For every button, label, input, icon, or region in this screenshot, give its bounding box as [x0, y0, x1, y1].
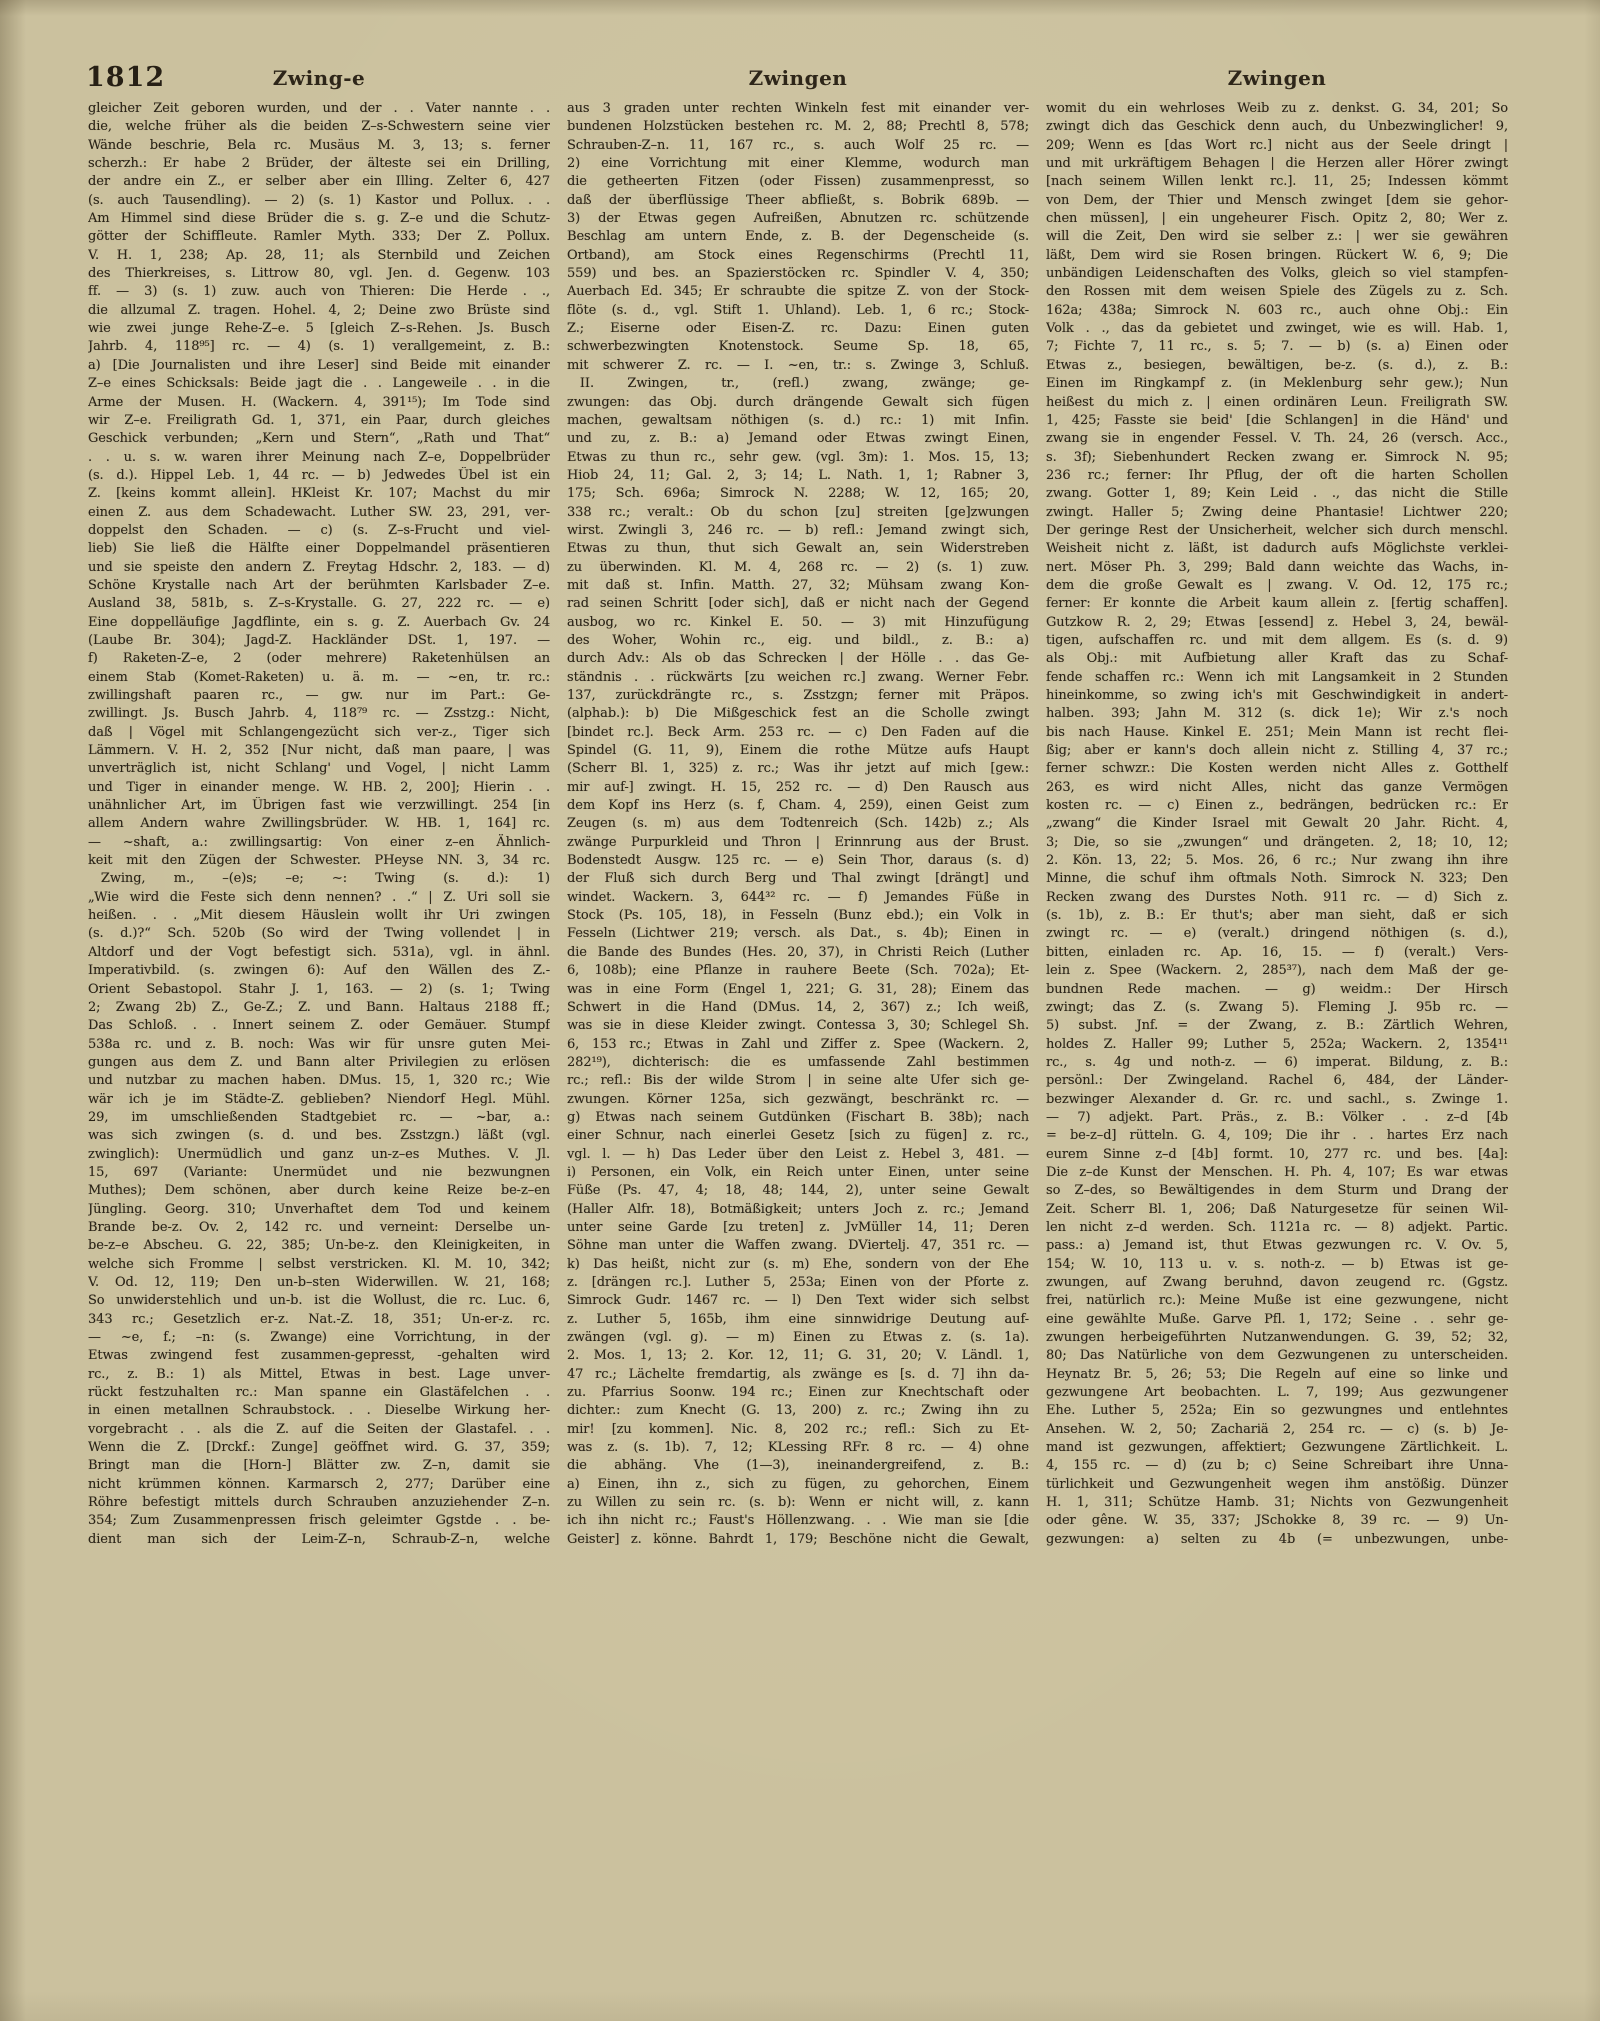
text-line: einer Schnur, nach einerlei Gesetz [sich…	[567, 1127, 1029, 1145]
text-line: a) Einen, ihn z., sich zu fügen, zu geho…	[567, 1476, 1029, 1494]
text-line: Ehe. Luther 5, 252a; Ein so gezwungnes u…	[1046, 1402, 1508, 1420]
text-line: nicht krümmen können. Karmarsch 2, 277; …	[88, 1476, 550, 1494]
text-line: windet. Wackern. 3, 644³² rc. — f) Jeman…	[567, 889, 1029, 907]
text-line: = be-z–d] rütteln. G. 4, 109; Die ihr . …	[1046, 1127, 1508, 1145]
text-line: 162a; 438a; Simrock N. 603 rc., auch ohn…	[1046, 302, 1508, 320]
text-line: der Fluß sich durch Berg und Thal zwingt…	[567, 870, 1029, 888]
text-line: daß | Vögel mit Schlangengezücht sich ve…	[88, 724, 550, 742]
text-line: der andre ein Z., er selber aber ein Ill…	[88, 173, 550, 191]
text-line: Z–e eines Schicksals: Beide jagt die . .…	[88, 375, 550, 393]
text-line: Eine doppelläufige Jagdflinte, ein s. g.…	[88, 614, 550, 632]
text-line: 2. Kön. 13, 22; 5. Mos. 26, 6 rc.; Nur z…	[1046, 852, 1508, 870]
text-line: Lämmern. V. H. 2, 352 [Nur nicht, daß ma…	[88, 742, 550, 760]
text-line: Zeugen (s. m) aus dem Todtenreich (Sch. …	[567, 815, 1029, 833]
text-line: [nach seinem Willen lenkt rc.]. 11, 25; …	[1046, 173, 1508, 191]
text-line: Auerbach Ed. 345; Er schraubte die spitz…	[567, 283, 1029, 301]
text-line: 4, 155 rc. — d) (zu b; c) Seine Schreiba…	[1046, 1457, 1508, 1475]
text-line: wär ich je im Städte-Z. geblieben? Niend…	[88, 1091, 550, 1109]
text-line: 538a rc. und z. B. noch: Was wir für uns…	[88, 1036, 550, 1054]
text-line: 2. Mos. 1, 13; 2. Kor. 12, 11; G. 31, 20…	[567, 1347, 1029, 1365]
text-line: allem Andern wahre Zwillingsbrüder. W. H…	[88, 815, 550, 833]
text-line: (s. d.)?“ Sch. 520b (So wird der Twing v…	[88, 925, 550, 943]
text-line: 209; Wenn es [das Wort rc.] nicht aus de…	[1046, 137, 1508, 155]
text-line: zwang. Gotter 1, 89; Kein Leid . ., das …	[1046, 485, 1508, 503]
text-line: Weisheit nicht z. läßt, ist dadurch aufs…	[1046, 540, 1508, 558]
text-line: Geschick verbunden; „Kern und Stern“, „R…	[88, 430, 550, 448]
text-line: in einen metallnen Schraubstock. . . Die…	[88, 1402, 550, 1420]
text-line: doppelst den Schaden. — c) (s. Z–s-Fruch…	[88, 522, 550, 540]
text-line: 80; Das Natürliche von dem Gezwungenen z…	[1046, 1347, 1508, 1365]
text-line: Spindel (G. 11, 9), Einem die rothe Mütz…	[567, 742, 1029, 760]
dictionary-page-scan: 1812 Zwing-e Zwingen Zwingen gleicher Ze…	[0, 0, 1600, 2021]
text-line: Röhre befestigt mittels durch Schrauben …	[88, 1494, 550, 1512]
text-line: welche sich Fromme | selbst verstricken.…	[88, 1256, 550, 1274]
text-line: Die z–de Kunst der Menschen. H. Ph. 4, 1…	[1046, 1164, 1508, 1182]
text-line: Etwas zwingend fest zusammen-gepresst, -…	[88, 1347, 550, 1365]
text-line: gungen aus dem Z. und Bann alter Privile…	[88, 1054, 550, 1072]
text-line: und mit urkräftigem Behagen | die Herzen…	[1046, 155, 1508, 173]
text-line: wirst. Zwingli 3, 246 rc. — b) refl.: Je…	[567, 522, 1029, 540]
text-line: flöte (s. d., vgl. Stift 1. Uhland). Leb…	[567, 302, 1029, 320]
text-line: Schöne Krystalle nach Art der berühmten …	[88, 577, 550, 595]
running-head-column-3: Zwingen	[1046, 66, 1508, 90]
text-line: von Dem, der Thier und Mensch zwinget [d…	[1046, 192, 1508, 210]
text-line: kosten rc. — c) Einen z., bedrängen, bed…	[1046, 797, 1508, 815]
text-line: bis nach Hause. Kinkel E. 251; Mein Mann…	[1046, 724, 1508, 742]
text-line: heißest du mich z. | einen ordinären Leu…	[1046, 394, 1508, 412]
text-line: Z. [keins kommt allein]. HKleist Kr. 107…	[88, 485, 550, 503]
text-line: eine gewählte Muße. Garve Pfl. 1, 172; S…	[1046, 1311, 1508, 1329]
text-line: götter der Schiffleute. Ramler Myth. 333…	[88, 228, 550, 246]
text-line: einem Stab (Komet-Raketen) u. ä. m. — ~e…	[88, 669, 550, 687]
text-line: hineinkomme, so zwing ich's mit Geschwin…	[1046, 687, 1508, 705]
text-line: aus 3 graden unter rechten Winkeln fest …	[567, 100, 1029, 118]
text-line: Volk . ., das da gebietet und zwinget, w…	[1046, 320, 1508, 338]
text-line: des Woher, Wohin rc., eig. und bildl., z…	[567, 632, 1029, 650]
text-line: zu Willen zu sein rc. (s. b): Wenn er ni…	[567, 1494, 1029, 1512]
text-line: 6, 153 rc.; Etwas in Zahl und Ziffer z. …	[567, 1036, 1029, 1054]
text-line: 29, im umschließenden Stadtgebiet rc. — …	[88, 1109, 550, 1127]
text-line: Zeit. Scherr Bl. 1, 206; Daß Naturgesetz…	[1046, 1201, 1508, 1219]
text-line: 282¹⁹), dichterisch: die es umfassende Z…	[567, 1054, 1029, 1072]
text-line: 236 rc.; ferner: Ihr Pflug, der oft die …	[1046, 467, 1508, 485]
text-line: Söhne man unter die Waffen zwang. DViert…	[567, 1237, 1029, 1255]
text-line: (s. auch Tausendling). — 2) (s. 1) Kasto…	[88, 192, 550, 210]
text-line: bezwinger Alexander d. Gr. rc. und sachl…	[1046, 1091, 1508, 1109]
text-line: tigen, aufschaffen rc. und mit dem allge…	[1046, 632, 1508, 650]
text-line: keit mit den Zügen der Schwester. PHeyse…	[88, 852, 550, 870]
text-line: mit schwerer Z. rc. — I. ~en, tr.: s. Zw…	[567, 357, 1029, 375]
text-line: 343 rc.; Gesetzlich er-z. Nat.-Z. 18, 35…	[88, 1311, 550, 1329]
text-line: halben. 393; Jahn M. 312 (s. dick 1e); W…	[1046, 705, 1508, 723]
text-line: z. [drängen rc.]. Luther 5, 253a; Einen …	[567, 1274, 1029, 1292]
text-line: zwänge Purpurkleid und Thron | Erinnrung…	[567, 834, 1029, 852]
text-line: holdes Z. Haller 99; Luther 5, 252a; Wac…	[1046, 1036, 1508, 1054]
text-line: lein z. Spee (Wackern. 2, 285³⁷), nach d…	[1046, 962, 1508, 980]
text-line: Wände beschrie, Bela rc. Musäus M. 3, 13…	[88, 137, 550, 155]
text-line: 15, 697 (Variante: Unermüdet und nie bez…	[88, 1164, 550, 1182]
text-line: vgl. l. — h) Das Leder über den Leist z.…	[567, 1146, 1029, 1164]
text-line: so Z–des, so Bewältigendes in dem Sturm …	[1046, 1182, 1508, 1200]
text-line: 3) der Etwas gegen Aufreißen, Abnutzen r…	[567, 210, 1029, 228]
text-line: schwerbezwingten Knotenstock. Seume Sp. …	[567, 338, 1029, 356]
text-line: zu überwinden. Kl. M. 4, 268 rc. — 2) (s…	[567, 559, 1029, 577]
text-line: zwinglich): Unermüdlich und ganz un-z–es…	[88, 1146, 550, 1164]
text-line: des Thierkreises, s. Littrow 80, vgl. Je…	[88, 265, 550, 283]
text-line: mir auf-] zwingt. H. 15, 252 rc. — d) De…	[567, 779, 1029, 797]
text-line: Etwas zu thun rc., sehr gew. (vgl. 3m): …	[567, 449, 1029, 467]
text-line: eurem Sinne z–d [4b] formt. 10, 277 rc. …	[1046, 1146, 1508, 1164]
text-line: bitten, einladen rc. Ap. 16, 15. — f) (v…	[1046, 944, 1508, 962]
text-line: Arme der Musen. H. (Wackern. 4, 391¹⁵); …	[88, 394, 550, 412]
text-line: unter seine Garde [zu treten] z. JvMülle…	[567, 1219, 1029, 1237]
text-line: H. 1, 311; Schütze Hamb. 31; Nichts von …	[1046, 1494, 1508, 1512]
text-line: unähnlicher Art, im Übrigen fast wie ver…	[88, 797, 550, 815]
text-line: zwingt; das Z. (s. Zwang 5). Fleming J. …	[1046, 999, 1508, 1017]
text-line: zwang sie in engender Fessel. V. Th. 24,…	[1046, 430, 1508, 448]
text-line: dem die große Gewalt es | zwang. V. Od. …	[1046, 577, 1508, 595]
text-line: Etwas z., besiegen, bewältigen, be-z. (s…	[1046, 357, 1508, 375]
text-line: und Tiger in einander menge. W. HB. 2, 2…	[88, 779, 550, 797]
text-line: Das Schloß. . . Innert seinem Z. oder Ge…	[88, 1017, 550, 1035]
text-line: Hiob 24, 11; Gal. 2, 3; 14; L. Nath. 1, …	[567, 467, 1029, 485]
text-line: s. 3f); Siebenhundert Recken zwang er. S…	[1046, 449, 1508, 467]
text-line: Bodenstedt Ausgw. 125 rc. — e) Sein Thor…	[567, 852, 1029, 870]
text-line: Orient Sebastopol. Stahr J. 1, 163. — 2)…	[88, 981, 550, 999]
text-line: 137, zurückdrängte rc., s. Zsstzgn; fern…	[567, 687, 1029, 705]
text-line: Beschlag am untern Ende, z. B. der Degen…	[567, 228, 1029, 246]
text-line: Altdorf und der Vogt befestigt sich. 531…	[88, 944, 550, 962]
text-line: 5) subst. Jnf. = der Zwang, z. B.: Zärtl…	[1046, 1017, 1508, 1035]
text-line: Ansehen. W. 2, 50; Zachariä 2, 254 rc. —…	[1046, 1421, 1508, 1439]
text-column-1: gleicher Zeit geboren wurden, und der . …	[88, 100, 550, 1549]
text-line: und sie speiste den andern Z. Freytag Hd…	[88, 559, 550, 577]
text-line: zwingt. Haller 5; Zwing deine Phantasie!…	[1046, 504, 1508, 522]
text-line: V. H. 1, 238; Ap. 28, 11; als Sternbild …	[88, 247, 550, 265]
text-line: rückt festzuhalten rc.: Man spanne ein G…	[88, 1384, 550, 1402]
text-column-3: womit du ein wehrloses Weib zu z. denkst…	[1046, 100, 1508, 1549]
text-line: Bringt man die [Horn-] Blätter zw. Z–n, …	[88, 1457, 550, 1475]
text-line: len nicht z–d werden. Sch. 1121a rc. — 8…	[1046, 1219, 1508, 1237]
text-line: Einen im Ringkampf z. (in Meklenburg seh…	[1046, 375, 1508, 393]
text-line: f) Raketen-Z–e, 2 (oder mehrere) Raketen…	[88, 650, 550, 668]
text-line: vorgebracht . . als die Z. auf die Seite…	[88, 1421, 550, 1439]
text-line: 2; Zwang 2b) Z., Ge-Z.; Z. und Bann. Hal…	[88, 999, 550, 1017]
text-line: was in eine Form (Engel 1, 221; G. 31, 2…	[567, 981, 1029, 999]
text-line: ßig; aber er kann's doch allein nicht z.…	[1046, 742, 1508, 760]
text-line: Simrock Gudr. 1467 rc. — l) Den Text wid…	[567, 1292, 1029, 1310]
text-line: Stock (Ps. 105, 18), in Fesseln (Bunz eb…	[567, 907, 1029, 925]
running-head-column-1: Zwing-e	[88, 66, 550, 90]
text-line: den Rossen mit dem weisen Spiele des Züg…	[1046, 283, 1508, 301]
text-line: z. Luther 5, 165b, ihm eine sinnwidrige …	[567, 1311, 1029, 1329]
text-line: einen Z. aus dem Schadewacht. Luther SW.…	[88, 504, 550, 522]
text-line: Heynatz Br. 5, 26; 53; Die Regeln auf ei…	[1046, 1366, 1508, 1384]
text-line: — 7) adjekt. Part. Präs., z. B.: Völker …	[1046, 1109, 1508, 1127]
text-line: Geister] z. könne. Bahrdt 1, 179; Beschö…	[567, 1531, 1029, 1549]
text-line: V. Od. 12, 119; Den un-b–sten Widerwille…	[88, 1274, 550, 1292]
text-line: Etwas zu thun, thut sich Gewalt an, sein…	[567, 540, 1029, 558]
text-line: zwungen. Körner 125a, sich gezwängt, bes…	[567, 1091, 1029, 1109]
text-line: unverträglich ist, nicht Schlang' und Vo…	[88, 760, 550, 778]
text-line: und zu, z. B.: a) Jemand oder Etwas zwin…	[567, 430, 1029, 448]
text-column-2: aus 3 graden unter rechten Winkeln fest …	[567, 100, 1029, 1549]
text-line: zwingt rc. — e) (veralt.) dringend nöthi…	[1046, 925, 1508, 943]
text-line: Schwert in die Hand (DMus. 14, 2, 367) z…	[567, 999, 1029, 1017]
text-line: gezwungene Art beobachten. L. 7, 199; Au…	[1046, 1384, 1508, 1402]
text-line: daß der überflüssige Theer abfließt, s. …	[567, 192, 1029, 210]
text-line: oder gêne. W. 35, 337; JSchokke 8, 39 rc…	[1046, 1512, 1508, 1530]
text-line: 154; W. 10, 113 u. v. s. noth-z. — b) Et…	[1046, 1256, 1508, 1274]
text-line: Füße (Ps. 47, 4; 18, 48; 144, 2), unter …	[567, 1182, 1029, 1200]
text-line: mir! [zu kommen]. Nic. 8, 202 rc.; refl.…	[567, 1421, 1029, 1439]
text-line: dient man sich der Leim-Z–n, Schraub-Z–n…	[88, 1531, 550, 1549]
text-line: wie zwei junge Rehe-Z–e. 5 [gleich Z–s-R…	[88, 320, 550, 338]
text-line: 6, 108b); eine Pflanze in rauhere Beete …	[567, 962, 1029, 980]
text-line: 175; Sch. 696a; Simrock N. 2288; W. 12, …	[567, 485, 1029, 503]
text-line: die allzumal Z. tragen. Hohel. 4, 2; Dei…	[88, 302, 550, 320]
text-line: als Obj.: mit Aufbietung aller Kraft das…	[1046, 650, 1508, 668]
text-line: ständnis . . rückwärts [zu weichen rc.] …	[567, 669, 1029, 687]
text-line: bundnen Rede machen. — g) weidm.: Der Hi…	[1046, 981, 1508, 999]
text-line: (alphab.): b) Die Mißgeschick fest an di…	[567, 705, 1029, 723]
text-line: — ~shaft, a.: zwillingsartig: Von einer …	[88, 834, 550, 852]
text-line: gleicher Zeit geboren wurden, und der . …	[88, 100, 550, 118]
text-line: zwungen herbeigeführten Nutzanwendungen.…	[1046, 1329, 1508, 1347]
text-line: „zwang“ die Kinder Israel mit Gewalt 20 …	[1046, 815, 1508, 833]
text-line: türlichkeit und Gezwungenheit wegen ihm …	[1046, 1476, 1508, 1494]
text-line: Ortband), am Stock eines Regenschirms (P…	[567, 247, 1029, 265]
text-line: zwungen: das Obj. durch drängende Gewalt…	[567, 394, 1029, 412]
text-line: durch Adv.: Als ob das Schrecken | der H…	[567, 650, 1029, 668]
running-head: 1812 Zwing-e Zwingen Zwingen	[0, 62, 1600, 96]
text-line: zwungen, auf Zwang beruhnd, davon zeugen…	[1046, 1274, 1508, 1292]
text-line: ferner: Er konnte die Arbeit kaum allein…	[1046, 595, 1508, 613]
text-line: was sie in diese Kleider zwingt. Contess…	[567, 1017, 1029, 1035]
text-line: und nutzbar zu machen haben. DMus. 15, 1…	[88, 1072, 550, 1090]
text-line: machen, gewaltsam nöthigen (s. d.) rc.: …	[567, 412, 1029, 430]
text-line: bundenen Holzstücken bestehen rc. M. 2, …	[567, 118, 1029, 136]
text-line: rc., s. 4g und noth-z. — 6) imperat. Bil…	[1046, 1054, 1508, 1072]
text-line: Recken zwang des Durstes Noth. 911 rc. —…	[1046, 889, 1508, 907]
text-line: pass.: a) Jemand ist, thut Etwas gezwung…	[1046, 1237, 1508, 1255]
text-line: Gutzkow R. 2, 29; Etwas [essend] z. Hebe…	[1046, 614, 1508, 632]
text-line: 2) eine Vorrichtung mit einer Klemme, wo…	[567, 155, 1029, 173]
running-head-column-2: Zwingen	[567, 66, 1029, 90]
text-line: Minne, die schuf ihm oftmals Noth. Simro…	[1046, 870, 1508, 888]
text-line: 47 rc.; Lächelte fremdartig, als zwänge …	[567, 1366, 1029, 1384]
text-line: „Wie wird die Feste sich denn nennen? . …	[88, 889, 550, 907]
text-line: die getheerten Fitzen (oder Fissen) zusa…	[567, 173, 1029, 191]
text-line: (Laube Br. 304); Jagd-Z. Hackländer DSt.…	[88, 632, 550, 650]
text-line: 559) und bes. an Spazierstöcken rc. Spin…	[567, 265, 1029, 283]
text-line: Jüngling. Georg. 310; Unverhaftet dem To…	[88, 1201, 550, 1219]
text-line: was z. (s. 1b). 7, 12; KLessing RFr. 8 r…	[567, 1439, 1029, 1457]
text-line: 263, es wird nicht Alles, nicht das ganz…	[1046, 779, 1508, 797]
text-line: Muthes); Dem schönen, aber durch keine R…	[88, 1182, 550, 1200]
text-line: Schrauben-Z–n. 11, 167 rc., s. auch Wolf…	[567, 137, 1029, 155]
text-line: (s. 1b), z. B.: Er thut's; aber man sieh…	[1046, 907, 1508, 925]
text-line: unbändigen Leidenschaften des Volks, gle…	[1046, 265, 1508, 283]
text-line: [bindet rc.]. Beck Arm. 253 rc. — c) Den…	[567, 724, 1029, 742]
text-line: zwillingt. Js. Busch Jahrb. 4, 118⁷⁹ rc.…	[88, 705, 550, 723]
text-line: scherzh.: Er habe 2 Brüder, der älteste …	[88, 155, 550, 173]
text-line: rc.; refl.: Bis der wilde Strom | in sei…	[567, 1072, 1029, 1090]
text-line: rad seinen Schritt [oder sich], daß er n…	[567, 595, 1029, 613]
text-line: Fesseln (Lichtwer 219; versch. als Dat.,…	[567, 925, 1029, 943]
text-line: nert. Möser Ph. 3, 299; Bald dann weicht…	[1046, 559, 1508, 577]
text-line: Wenn die Z. [Drckf.: Zunge] geöffnet wir…	[88, 1439, 550, 1457]
text-line: Z.; Eiserne oder Eisen-Z. rc. Dazu: Eine…	[567, 320, 1029, 338]
text-line: (Haller Alfr. 18), Botmäßigkeit; unters …	[567, 1201, 1029, 1219]
text-line: die Bande des Bundes (Hes. 20, 37), in C…	[567, 944, 1029, 962]
text-line: II. Zwingen, tr., (refl.) zwang, zwänge;…	[567, 375, 1029, 393]
text-line: — ~e, f.; –n: (s. Zwange) eine Vorrichtu…	[88, 1329, 550, 1347]
text-line: Am Himmel sind diese Brüder die s. g. Z–…	[88, 210, 550, 228]
text-line: heißen. . . „Mit diesem Häuslein wollt i…	[88, 907, 550, 925]
text-line: die, welche früher als die beiden Z–s-Sc…	[88, 118, 550, 136]
text-line: zwingt dich das Geschick denn auch, du U…	[1046, 118, 1508, 136]
text-line: a) [Die Journalisten und ihre Leser] sin…	[88, 357, 550, 375]
text-line: 3; Die, so sie „zwungen“ und drängeten. …	[1046, 834, 1508, 852]
text-line: ausbog, wo rc. Kinkel E. 50. — 3) mit Hi…	[567, 614, 1029, 632]
text-line: Brande be-z. Ov. 2, 142 rc. und verneint…	[88, 1219, 550, 1237]
text-line: mand ist gezwungen, affektiert; Gezwunge…	[1046, 1439, 1508, 1457]
text-line: dichter.: zum Knecht (G. 13, 200) z. rc.…	[567, 1402, 1029, 1420]
text-line: will die Zeit, Den wird sie selber z.: |…	[1046, 228, 1508, 246]
text-line: lieb) Sie ließ die Hälfte einer Doppelma…	[88, 540, 550, 558]
text-line: Jahrb. 4, 118⁹⁵] rc. — 4) (s. 1) verallg…	[88, 338, 550, 356]
text-line: 1, 425; Fasste sie beid' [die Schlangen]…	[1046, 412, 1508, 430]
text-line: läßt, Dem wird sie Rosen bringen. Rücker…	[1046, 247, 1508, 265]
text-line: Ausland 38, 581b, s. Z–s-Krystalle. G. 2…	[88, 595, 550, 613]
text-line: frei, natürlich rc.): Meine Muße ist ein…	[1046, 1292, 1508, 1310]
text-line: (Scherr Bl. 1, 325) z. rc.; Was ihr jetz…	[567, 760, 1029, 778]
text-line: mit daß st. Infin. Matth. 27, 32; Mühsam…	[567, 577, 1029, 595]
text-line: gezwungen: a) selten zu 4b (= unbezwunge…	[1046, 1531, 1508, 1549]
text-line: ff. — 3) (s. 1) zuw. auch von Thieren: D…	[88, 283, 550, 301]
text-line: 354; Zum Zusammenpressen frisch geleimte…	[88, 1512, 550, 1530]
text-line: die abhäng. Vhe (1—3), ineinandergreifen…	[567, 1457, 1029, 1475]
text-line: fende schaffen rc.: Wenn ich mit Langsam…	[1046, 669, 1508, 687]
text-line: 338 rc.; veralt.: Ob du schon [zu] strei…	[567, 504, 1029, 522]
text-line: i) Personen, ein Volk, ein Reich unter E…	[567, 1164, 1029, 1182]
text-line: persönl.: Der Zwingeland. Rachel 6, 484,…	[1046, 1072, 1508, 1090]
text-line: zwängen (vgl. g). — m) Einen zu Etwas z.…	[567, 1329, 1029, 1347]
text-line: So unwiderstehlich und un-b. ist die Wol…	[88, 1292, 550, 1310]
text-line: g) Etwas nach seinem Gutdünken (Fischart…	[567, 1109, 1029, 1127]
text-line: k) Das heißt, nicht zur (s. m) Ehe, sond…	[567, 1256, 1029, 1274]
text-line: ich ihn nicht rc.; Faust's Höllenzwang. …	[567, 1512, 1029, 1530]
text-line: dem Kopf ins Herz (s. f, Cham. 4, 259), …	[567, 797, 1029, 815]
text-line: Der geringe Rest der Unsicherheit, welch…	[1046, 522, 1508, 540]
text-line: be-z–e Abscheu. G. 22, 385; Un-be-z. den…	[88, 1237, 550, 1255]
text-line: womit du ein wehrloses Weib zu z. denkst…	[1046, 100, 1508, 118]
text-line: 7; Fichte 7, 11 rc., s. 5; 7. — b) (s. a…	[1046, 338, 1508, 356]
text-line: rc., z. B.: 1) als Mittel, Etwas in best…	[88, 1366, 550, 1384]
text-line: zwillingshaft paaren rc., — gw. nur im P…	[88, 687, 550, 705]
text-line: zu. Pfarrius Soonw. 194 rc.; Einen zur K…	[567, 1384, 1029, 1402]
text-line: ferner schwzr.: Die Kosten werden nicht …	[1046, 760, 1508, 778]
text-line: . . u. s. w. waren ihrer Meinung nach Z–…	[88, 449, 550, 467]
text-line: Imperativbild. (s. zwingen 6): Auf den W…	[88, 962, 550, 980]
text-line: Zwing, m., –(e)s; –e; ∼: Twing (s. d.): …	[88, 870, 550, 888]
text-line: wir Z–e. Freiligrath Gd. 1, 371, ein Paa…	[88, 412, 550, 430]
text-line: (s. d.). Hippel Leb. 1, 44 rc. — b) Jedw…	[88, 467, 550, 485]
text-line: was sich zwingen (s. d. und bes. Zsstzgn…	[88, 1127, 550, 1145]
text-line: chen müssen], | ein ungeheurer Fisch. Op…	[1046, 210, 1508, 228]
